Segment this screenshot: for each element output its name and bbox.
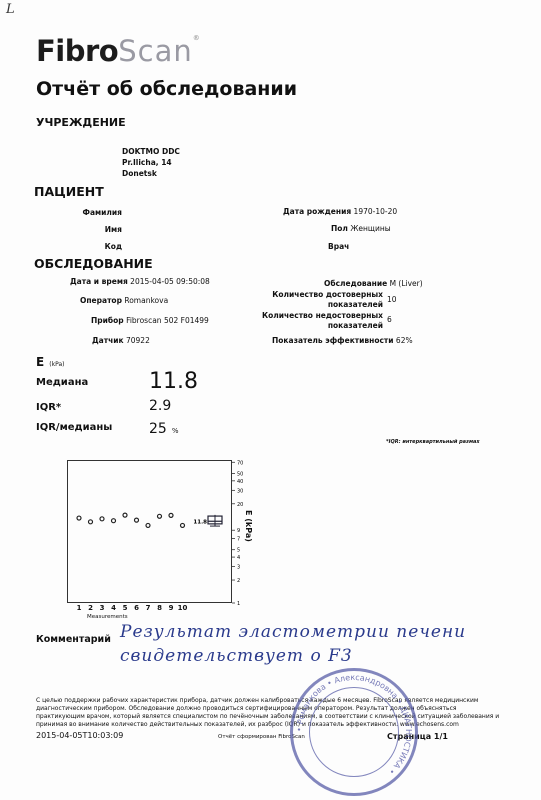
name-label: Имя [30, 225, 122, 234]
iqr-value: 2.9 [149, 398, 171, 414]
institution-address: DOKTMO DDC Pr.Ilicha, 14 Donetsk [122, 146, 180, 179]
y-tick-label: 40 [237, 479, 243, 485]
y-tick-label: 9 [237, 528, 240, 534]
probe-field: Датчик 70922 [92, 336, 150, 345]
svg-text:• Романкова • Александровна •: • Романкова • Александровна • ДИАГНОСТИК… [295, 673, 413, 776]
iqr-median-unit: % [172, 427, 179, 435]
x-tick-label: 3 [100, 604, 105, 612]
e-label: E [36, 355, 44, 369]
success-rate-field: Показатель эффективности 62% [272, 336, 413, 345]
operator-field: Оператор Romankova [80, 296, 168, 305]
doctor-label: Врач [328, 242, 349, 251]
handwritten-comment-line2: свидетельствует о F3 [120, 646, 353, 666]
x-tick-label: 10 [178, 604, 188, 612]
y-tick-label: 30 [237, 488, 243, 494]
probe-value: 70922 [126, 336, 150, 345]
stiffness-heading: E (kPa) [36, 351, 64, 370]
x-tick-label: 5 [123, 604, 128, 612]
sex-field: Пол Женщины [331, 224, 391, 233]
registered-mark: ® [193, 34, 200, 42]
x-tick-label: 7 [146, 604, 151, 612]
probe-label: Датчик [92, 336, 124, 345]
report-title: Отчёт об обследовании [36, 78, 297, 100]
valid-count-label: Количество достоверных показателей [250, 290, 383, 310]
stamp-text-ring: • Романкова • Александровна • ДИАГНОСТИК… [293, 671, 415, 793]
e-unit: (kPa) [49, 361, 64, 368]
invalid-count-label: Количество недостоверных показателей [250, 311, 383, 331]
success-rate-value: 62% [396, 336, 413, 345]
measurements-chart: 11.8 [67, 460, 232, 603]
x-tick-label: 8 [157, 604, 162, 612]
measurement-point [111, 518, 115, 522]
disclaimer-text: С целью поддержки рабочих характеристик … [36, 697, 506, 729]
comment-label: Комментарий [36, 634, 111, 645]
exam-type-label: Обследование [324, 279, 387, 288]
y-tick-label: 20 [237, 502, 243, 508]
invalid-count-label-line2: показателей [250, 321, 383, 331]
patient-heading: ПАЦИЕНТ [34, 184, 104, 199]
datetime-value: 2015-04-05 09:50:08 [130, 277, 210, 286]
datetime-field: Дата и время 2015-04-05 09:50:08 [70, 277, 210, 286]
y-tick-label: 1 [237, 601, 240, 607]
x-tick-label: 4 [111, 604, 116, 612]
operator-label: Оператор [80, 296, 122, 305]
measurement-point [100, 516, 104, 520]
measurement-point [157, 514, 161, 518]
invalid-count-value: 6 [387, 315, 392, 324]
valid-count-label-line1: Количество достоверных [250, 290, 383, 300]
y-axis-label: E (kPa) [244, 510, 253, 542]
invalid-count-label-line1: Количество недостоверных [250, 311, 383, 321]
measurement-point [146, 523, 150, 527]
x-tick-label: 6 [134, 604, 139, 612]
operator-value: Romankova [124, 296, 168, 305]
datetime-label: Дата и время [70, 277, 128, 286]
measurement-point [123, 513, 127, 517]
code-label: Код [30, 242, 122, 251]
x-axis-label: Measurements [87, 614, 128, 620]
measurement-point [134, 518, 138, 522]
institution-name: DOKTMO DDC [122, 146, 180, 157]
dob-field: Дата рождения 1970-10-20 [283, 207, 397, 216]
y-tick-label: 5 [237, 548, 240, 554]
x-tick-label: 1 [77, 604, 82, 612]
handwritten-corner-mark: L [6, 2, 15, 17]
institution-city: Donetsk [122, 168, 180, 179]
device-label: Прибор [91, 316, 124, 325]
y-tick-label: 7 [237, 537, 240, 543]
y-tick-label: 4 [237, 555, 240, 561]
exam-type-field: Обследование M (Liver) [324, 279, 423, 288]
handwritten-comment-line1: Результат эластометрии печени [120, 622, 466, 642]
exam-heading: ОБСЛЕДОВАНИЕ [34, 256, 153, 271]
measurement-point [88, 519, 92, 523]
iqr-median-label: IQR/медианы [36, 422, 112, 433]
iqr-median-value: 25 [149, 421, 167, 437]
success-rate-label: Показатель эффективности [272, 336, 394, 345]
measurement-point [169, 513, 173, 517]
y-tick-label: 2 [237, 578, 240, 584]
valid-count-value: 10 [387, 295, 397, 304]
x-tick-label: 9 [169, 604, 174, 612]
logo-part-scan: Scan [118, 34, 193, 68]
y-tick-label: 70 [237, 460, 243, 466]
official-stamp: • Романкова • Александровна • ДИАГНОСТИК… [290, 668, 418, 796]
iqr-median-field: 25 % [149, 418, 179, 437]
y-tick-label: 50 [237, 471, 243, 477]
sex-value: Женщины [350, 224, 390, 233]
logo-part-fibro: Fibro [36, 34, 118, 68]
fibroscan-logo: FibroScan® [36, 34, 199, 68]
dob-label: Дата рождения [283, 207, 351, 216]
surname-label: Фамилия [30, 208, 122, 217]
device-value: Fibroscan 502 F01499 [126, 316, 209, 325]
institution-heading: УЧРЕЖДЕНИЕ [36, 116, 126, 129]
report-timestamp: 2015-04-05T10:03:09 [36, 731, 123, 740]
median-label: Медиана [36, 377, 88, 388]
dob-value: 1970-10-20 [354, 207, 398, 216]
chart-plot-area: 11.8 [67, 460, 232, 603]
y-tick-label: 3 [237, 565, 240, 571]
iqr-footnote: *IQR: интерквартильный размах [386, 439, 480, 445]
valid-count-label-line2: показателей [250, 300, 383, 310]
median-value: 11.8 [149, 369, 198, 394]
device-field: Прибор Fibroscan 502 F01499 [91, 316, 209, 325]
measurement-point [77, 516, 81, 520]
sex-label: Пол [331, 224, 348, 233]
exam-type-value: M (Liver) [390, 279, 423, 288]
iqr-label: IQR* [36, 402, 61, 413]
median-annotation: 11.8 [193, 519, 207, 525]
institution-street: Pr.Ilicha, 14 [122, 157, 180, 168]
measurement-point [180, 523, 184, 527]
x-tick-label: 2 [88, 604, 93, 612]
